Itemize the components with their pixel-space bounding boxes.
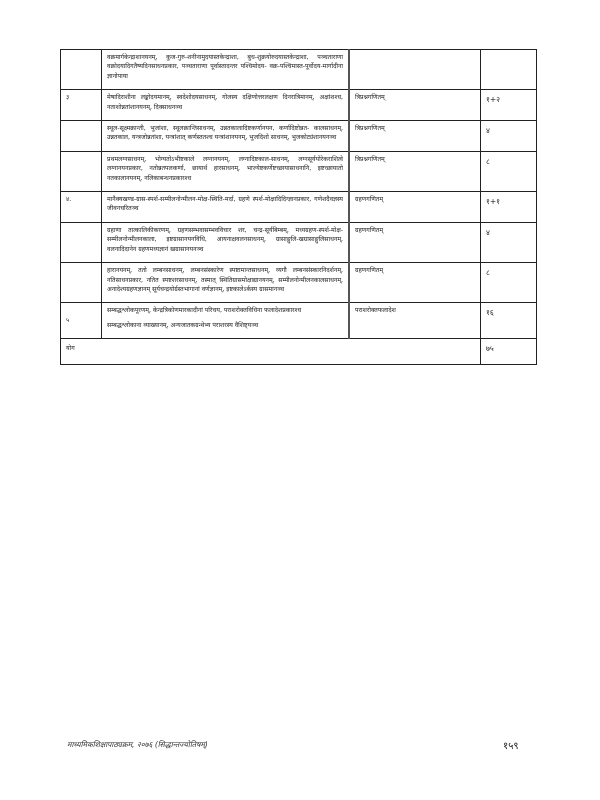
curriculum-table: वक्रमार्गकेन्द्राशानयनम्, कुज-गुरु-शनीना… (60, 49, 537, 365)
table-row: ग्रहाणा तात्कालिकीकरणम्, ग्रहणसम्भवासम्भ… (61, 222, 537, 262)
table-row: ५सम्बद्धश्लोकपूरणम्, केन्द्रत्रिकोणमारका… (61, 303, 537, 339)
footer-title: माध्यमिकशिक्षापाठ्यक्रम, २०७६ (सिद्धान्त… (67, 740, 467, 750)
table-row: स्थूल-सूक्ष्मक्रान्ती, भुजांशा, स्थूलक्र… (61, 121, 537, 152)
unit-number-cell: ३ (61, 90, 102, 121)
periods-cell: ८ (481, 151, 537, 191)
content-cell: ग्रहाणा तात्कालिकीकरणम्, ग्रहणसम्भवासम्भ… (102, 222, 350, 262)
periods-cell: ८ (481, 263, 537, 303)
content-cell: स्थूल-सूक्ष्मक्रान्ती, भुजांशा, स्थूलक्र… (102, 121, 350, 152)
total-label: योग (61, 339, 481, 364)
reference-cell: त्रिप्रश्नगणितम् (349, 151, 481, 191)
unit-number-cell (61, 151, 102, 191)
content-paragraph: वक्रमार्गकेन्द्राशानयनम्, कुज-गुरु-शनीना… (107, 53, 343, 81)
table-row: वक्रमार्गकेन्द्राशानयनम्, कुज-गुरु-शनीना… (61, 50, 537, 90)
content-paragraph: ग्रहाणा तात्कालिकीकरणम्, ग्रहणसम्भवासम्भ… (107, 226, 343, 254)
page-number: १५९ (503, 738, 519, 752)
unit-number-cell (61, 121, 102, 152)
periods-cell (481, 50, 537, 90)
table-row: ३मेषादिराशीना लङ्कोदयमानम्, स्वदेशोदयसाध… (61, 90, 537, 121)
reference-cell: त्रिप्रश्नगणितम् (349, 90, 481, 121)
content-cell: प्रथमलग्नसाधनम्, भोग्यतोऽभीष्टकाले लग्ना… (102, 151, 350, 191)
content-paragraph: सम्बद्धश्लोकाना व्याख्यानम्, अन्यजातकग्र… (107, 321, 343, 330)
reference-cell: ग्रहणगणितम् (349, 222, 481, 262)
unit-number-cell: ४. (61, 192, 102, 223)
content-paragraph: हारानयनम्, ततो लम्बनसाधनम्, लम्बनसंस्कार… (107, 266, 343, 294)
table-row: हारानयनम्, ततो लम्बनसाधनम्, लम्बनसंस्कार… (61, 263, 537, 303)
unit-number-cell (61, 222, 102, 262)
unit-number-cell (61, 50, 102, 90)
periods-cell: ४ (481, 222, 537, 262)
content-paragraph: स्थूल-सूक्ष्मक्रान्ती, भुजांशा, स्थूलक्र… (107, 124, 343, 143)
reference-cell: पराशरोक्तफलादेश (349, 303, 481, 339)
reference-cell: ग्रहणगणितम् (349, 192, 481, 223)
total-row: योग७५ (61, 339, 537, 364)
content-cell: सम्बद्धश्लोकपूरणम्, केन्द्रत्रिकोणमारकाद… (102, 303, 350, 339)
content-paragraph: मानैक्यखण्ड-ग्रास-स्पर्श-सम्मीलनोन्मीलन-… (107, 195, 343, 214)
reference-cell (349, 50, 481, 90)
unit-number-cell: ५ (61, 303, 102, 339)
content-cell: मेषादिराशीना लङ्कोदयमानम्, स्वदेशोदयसाधन… (102, 90, 350, 121)
reference-cell: त्रिप्रश्नगणितम् (349, 121, 481, 152)
table-row: ४.मानैक्यखण्ड-ग्रास-स्पर्श-सम्मीलनोन्मील… (61, 192, 537, 223)
content-cell: हारानयनम्, ततो लम्बनसाधनम्, लम्बनसंस्कार… (102, 263, 350, 303)
content-cell: मानैक्यखण्ड-ग्रास-स्पर्श-सम्मीलनोन्मीलन-… (102, 192, 350, 223)
table-row: प्रथमलग्नसाधनम्, भोग्यतोऽभीष्टकाले लग्ना… (61, 151, 537, 191)
content-paragraph: सम्बद्धश्लोकपूरणम्, केन्द्रत्रिकोणमारकाद… (107, 306, 343, 315)
periods-cell: १+१ (481, 192, 537, 223)
reference-cell: ग्रहणगणितम् (349, 263, 481, 303)
periods-cell: १६ (481, 303, 537, 339)
total-periods: ७५ (481, 339, 537, 364)
periods-cell: १+२ (481, 90, 537, 121)
content-cell: वक्रमार्गकेन्द्राशानयनम्, कुज-गुरु-शनीना… (102, 50, 350, 90)
periods-cell: ४ (481, 121, 537, 152)
content-paragraph: प्रथमलग्नसाधनम्, भोग्यतोऽभीष्टकाले लग्ना… (107, 155, 343, 183)
content-paragraph: मेषादिराशीना लङ्कोदयमानम्, स्वदेशोदयसाधन… (107, 93, 343, 112)
unit-number-cell (61, 263, 102, 303)
